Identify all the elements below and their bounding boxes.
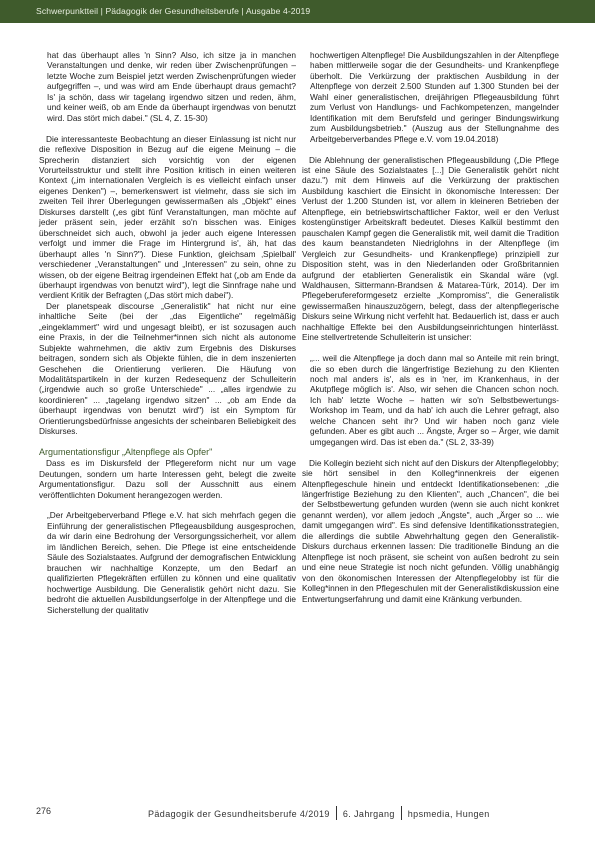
page-header: Schwerpunktteil | Pädagogik der Gesundhe…	[0, 0, 595, 23]
left-column: hat das überhaupt alles 'n Sinn? Also, i…	[39, 50, 296, 615]
divider	[401, 806, 402, 820]
body-paragraph: Dass es im Diskursfeld der Pflegereform …	[39, 458, 296, 500]
running-title: Schwerpunktteil | Pädagogik der Gesundhe…	[36, 6, 310, 16]
body-paragraph: Der planetspeak discourse „Generalistik"…	[39, 301, 296, 437]
document-quote: „Der Arbeitgeberverband Pflege e.V. hat …	[39, 510, 296, 615]
interview-quote: hat das überhaupt alles 'n Sinn? Also, i…	[39, 50, 296, 123]
right-column: hochwertigen Altenpflege! Die Ausbildung…	[302, 50, 559, 604]
body-paragraph: Die interessanteste Beobachtung an diese…	[39, 134, 296, 301]
journal-name: Pädagogik der Gesundheitsberufe 4/2019	[148, 809, 330, 819]
page-number: 276	[36, 806, 51, 816]
publication-info: Pädagogik der Gesundheitsberufe 4/20196.…	[148, 806, 490, 820]
body-paragraph: Die Ablehnung der generalistischen Pfleg…	[302, 155, 559, 343]
volume: 6. Jahrgang	[343, 809, 395, 819]
body-paragraph: Die Kollegin bezieht sich nicht auf den …	[302, 458, 559, 604]
divider	[336, 806, 337, 820]
interview-quote: „... weil die Altenpflege ja doch dann m…	[302, 353, 559, 447]
publisher: hpsmedia, Hungen	[408, 809, 490, 819]
section-heading: Argumentationsfigur „Altenpflege als Opf…	[39, 447, 296, 458]
document-quote-continued: hochwertigen Altenpflege! Die Ausbildung…	[302, 50, 559, 144]
